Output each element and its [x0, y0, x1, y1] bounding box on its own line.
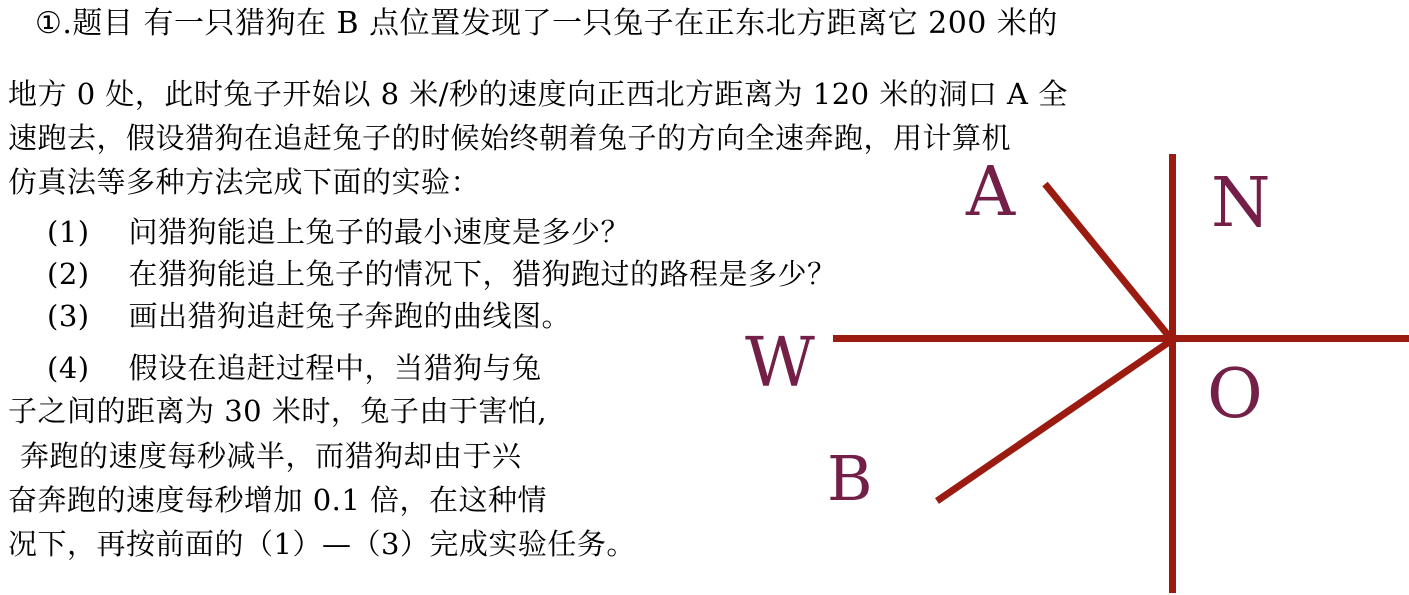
body-line: 速跑去，假设猎狗在追赶兔子的时候始终朝着兔子的方向全速奔跑，用计算机 — [8, 120, 1011, 156]
body-line: 奋奔跑的速度每秒增加 0.1 倍，在这种情 — [8, 482, 547, 518]
label-point-a: A — [966, 159, 1015, 227]
ray-to-dog-b — [937, 340, 1172, 501]
label-north-n: N — [1211, 170, 1271, 238]
body-line: 奔跑的速度每秒减半，而猎狗却由于兴 — [20, 438, 522, 474]
body-line: 地方 0 处，此时兔子开始以 8 米/秒的速度向正西北方距离为 120 米的洞口… — [8, 76, 1068, 112]
label-west-w: W — [745, 330, 815, 398]
document-page: ①.题目 有一只猎狗在 B 点位置发现了一只兔子在正东北方距离它 200 米的 … — [0, 0, 1409, 595]
label-point-b: B — [827, 448, 873, 510]
ray-to-hole-a — [1045, 184, 1172, 340]
problem-title-line: ①.题目 有一只猎狗在 B 点位置发现了一只兔子在正东北方距离它 200 米的 — [35, 6, 1058, 42]
label-point-o: O — [1207, 361, 1263, 429]
question-3-line: (3) 画出猎狗追赶兔子奔跑的曲线图。 — [47, 298, 571, 334]
body-line: 子之间的距离为 30 米时，兔子由于害怕, — [8, 393, 547, 429]
question-1-line: (1) 问猎狗能追上兔子的最小速度是多少？ — [47, 214, 630, 250]
body-line: 仿真法等多种方法完成下面的实验： — [8, 164, 480, 200]
body-line: 况下，再按前面的（1）—（3）完成实验任务。 — [8, 526, 636, 562]
question-2-line: (2) 在猎狗能追上兔子的情况下，猎狗跑过的路程是多少？ — [47, 256, 836, 292]
question-4-line: (4) 假设在追赶过程中，当猎狗与兔 — [47, 350, 541, 386]
